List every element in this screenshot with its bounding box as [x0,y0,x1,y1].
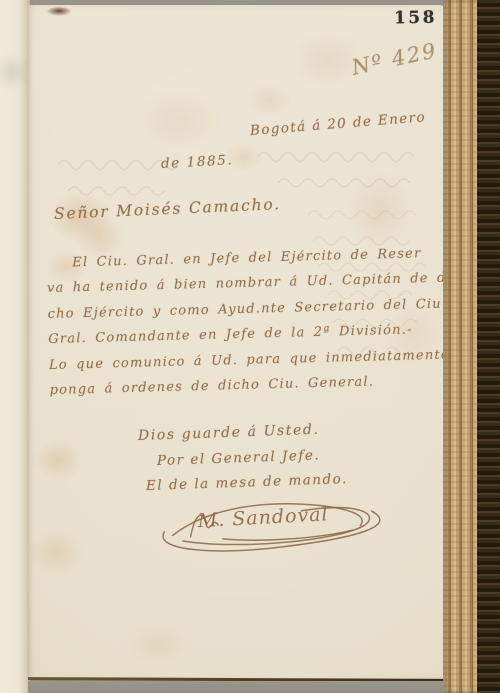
book-scan-photo: 158 Nº 429 Bogotá á 20 de Enero de 1885.… [0,0,500,693]
page-number-stamp: 158 [394,8,437,29]
previous-page-edge [0,0,30,693]
page-edge-nick [46,7,72,17]
letter-body: El Ciu. Gral. en Jefe del Ejército de Re… [46,240,454,403]
table-surface [28,681,449,693]
book-binding-edge [477,0,500,693]
page-edge-stack [443,0,479,693]
